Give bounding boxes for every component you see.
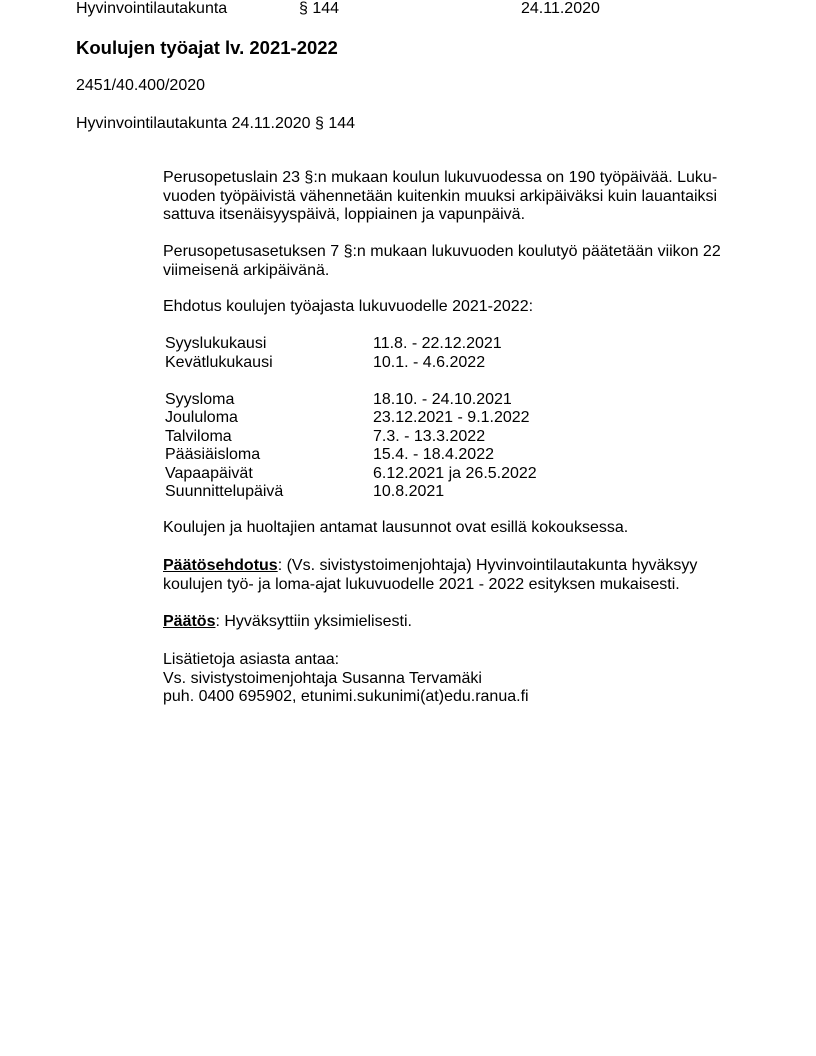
record-number: 2451/40.400/2020 — [76, 76, 205, 96]
schedule-row: Vapaapäivät 6.12.2021 ja 26.5.2022 — [165, 465, 537, 484]
text-line: Päätös: Hyväksyttiin yksimielisesti. — [163, 613, 743, 632]
schedule-value: 15.4. - 18.4.2022 — [373, 446, 494, 465]
schedule-row: Suunnittelupäivä 10.8.2021 — [165, 483, 537, 502]
text-line: viimeisenä arkipäivänä. — [163, 262, 743, 281]
decision-text: : Hyväksyttiin yksimielisesti. — [215, 613, 411, 630]
text-line: Lisätietoja asiasta antaa: — [163, 651, 743, 670]
proposal-intro: Ehdotus koulujen työajasta lukuvuodelle … — [163, 298, 743, 317]
schedule-row: Kevätlukukausi 10.1. - 4.6.2022 — [165, 354, 537, 373]
schedule-value: 6.12.2021 ja 26.5.2022 — [373, 465, 537, 484]
schedule-row: Joululoma 23.12.2021 - 9.1.2022 — [165, 409, 537, 428]
proposal-label: Päätösehdotus — [163, 557, 278, 574]
text-line: vuoden työpäivistä vähennetään kuitenkin… — [163, 188, 743, 207]
intro-paragraph-1: Perusopetuslain 23 §:n mukaan koulun luk… — [163, 169, 743, 225]
schedule-value: 18.10. - 24.10.2021 — [373, 391, 512, 410]
schedule-label: Vapaapäivät — [165, 465, 373, 484]
schedule-value: 10.8.2021 — [373, 483, 444, 502]
schedule-value: 23.12.2021 - 9.1.2022 — [373, 409, 530, 428]
text-line: Perusopetuslain 23 §:n mukaan koulun luk… — [163, 169, 743, 188]
text-line: Koulujen ja huoltajien antamat lausunnot… — [163, 519, 743, 538]
header-committee: Hyvinvointilautakunta — [76, 0, 227, 19]
contact-person: Vs. sivistystoimenjohtaja Susanna Tervam… — [163, 670, 743, 689]
text-line: Perusopetusasetuksen 7 §:n mukaan lukuvu… — [163, 243, 743, 262]
page-title: Koulujen työajat lv. 2021-2022 — [76, 36, 338, 60]
schedule-label: Talviloma — [165, 428, 373, 447]
schedule-row: Syyslukukausi 11.8. - 22.12.2021 — [165, 335, 537, 354]
proposal-text: : (Vs. sivistystoimenjohtaja) Hyvinvoint… — [278, 557, 698, 574]
text-line: Päätösehdotus: (Vs. sivistystoimenjohtaj… — [163, 557, 743, 576]
schedule-value: 10.1. - 4.6.2022 — [373, 354, 485, 373]
contact-info: Lisätietoja asiasta antaa: Vs. sivistyst… — [163, 651, 743, 707]
meeting-reference: Hyvinvointilautakunta 24.11.2020 § 144 — [76, 114, 355, 134]
schedule-label: Pääsiäisloma — [165, 446, 373, 465]
schedule-value: 11.8. - 22.12.2021 — [373, 335, 502, 354]
text-line: sattuva itsenäisyyspäivä, loppiainen ja … — [163, 206, 743, 225]
intro-paragraph-2: Perusopetusasetuksen 7 §:n mukaan lukuvu… — [163, 243, 743, 280]
statements-paragraph: Koulujen ja huoltajien antamat lausunnot… — [163, 519, 743, 538]
schedule-row: Talviloma 7.3. - 13.3.2022 — [165, 428, 537, 447]
decision-label: Päätös — [163, 613, 215, 630]
schedule-label: Syysloma — [165, 391, 373, 410]
decision: Päätös: Hyväksyttiin yksimielisesti. — [163, 613, 743, 632]
decision-proposal: Päätösehdotus: (Vs. sivistystoimenjohtaj… — [163, 557, 743, 594]
schedule-table: Syyslukukausi 11.8. - 22.12.2021 Kevätlu… — [165, 335, 537, 502]
text-line: koulujen työ- ja loma-ajat lukuvuodelle … — [163, 576, 743, 595]
schedule-label: Joululoma — [165, 409, 373, 428]
schedule-label: Syyslukukausi — [165, 335, 373, 354]
schedule-label: Suunnittelupäivä — [165, 483, 373, 502]
text-line: Ehdotus koulujen työajasta lukuvuodelle … — [163, 298, 743, 317]
header-date: 24.11.2020 — [521, 0, 600, 19]
schedule-value: 7.3. - 13.3.2022 — [373, 428, 485, 447]
contact-details: puh. 0400 695902, etunimi.sukunimi(at)ed… — [163, 688, 743, 707]
schedule-row: Syysloma 18.10. - 24.10.2021 — [165, 391, 537, 410]
header-section: § 144 — [299, 0, 339, 19]
schedule-row: Pääsiäisloma 15.4. - 18.4.2022 — [165, 446, 537, 465]
schedule-label: Kevätlukukausi — [165, 354, 373, 373]
